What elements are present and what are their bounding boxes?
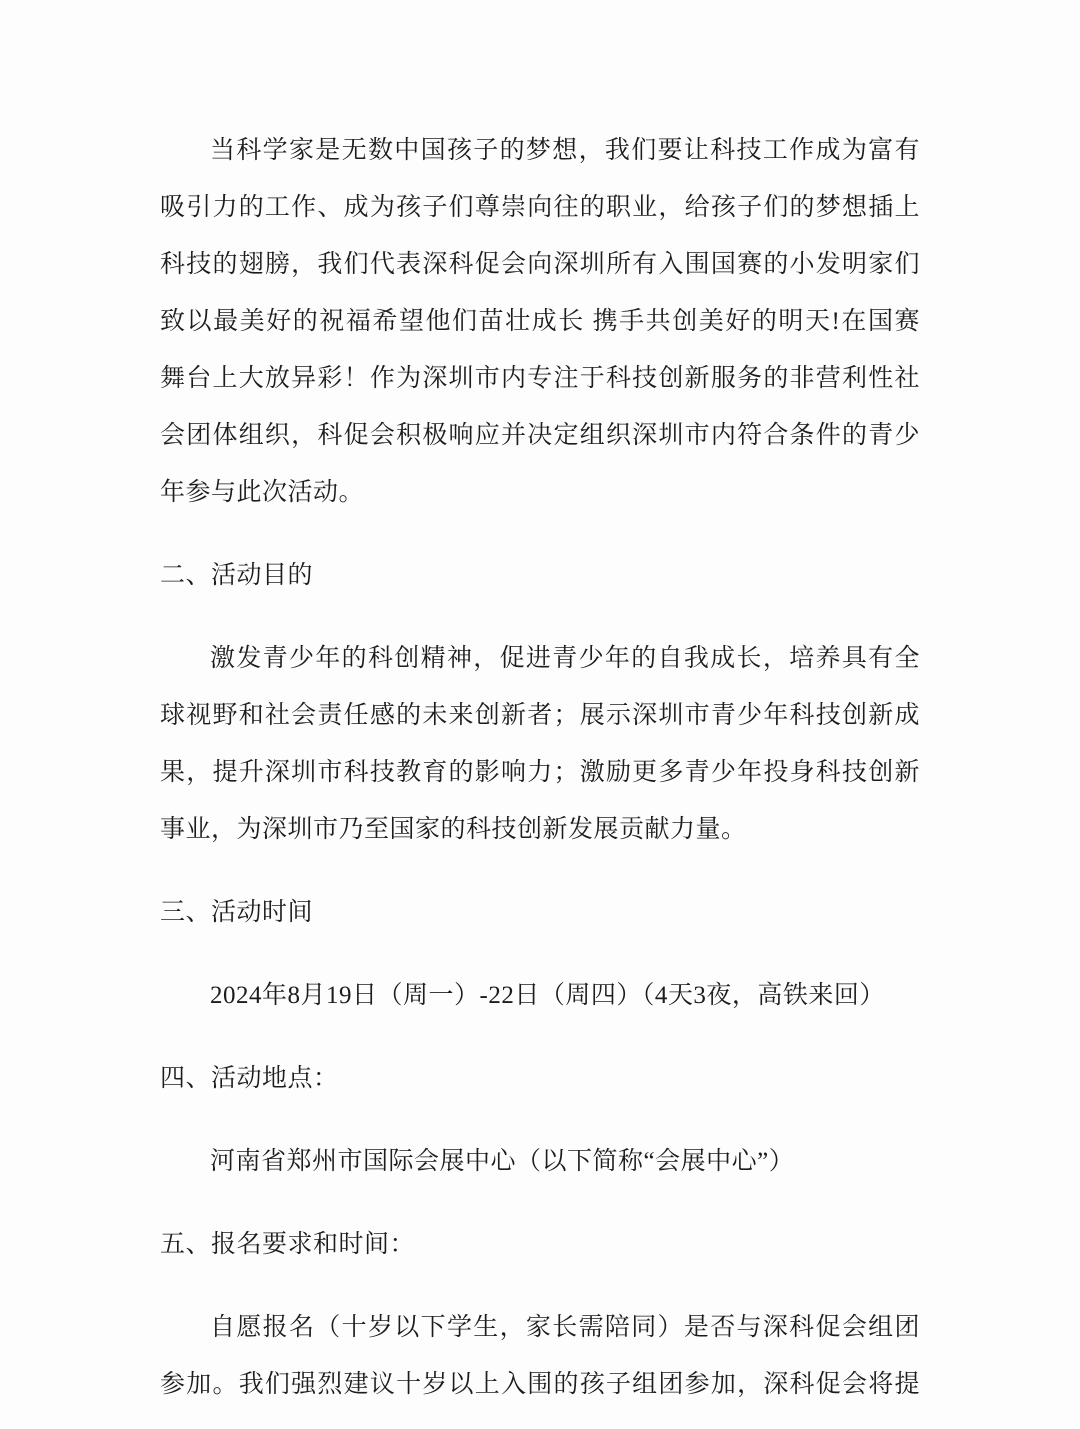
heading-text: 四、活动地点： — [160, 1050, 920, 1107]
paragraph-registration: 自愿报名（十岁以下学生，家长需陪同）是否与深科促会组团 参加。我们强烈建议十岁以… — [160, 1299, 920, 1413]
text-line: 科技的翅膀，我们代表深科促会向深圳所有入围国赛的小发明家们 — [160, 236, 920, 293]
document-page: 当科学家是无数中国孩子的梦想，我们要让科技工作成为富有 吸引力的工作、成为孩子们… — [0, 0, 1080, 1429]
text-line: 当科学家是无数中国孩子的梦想，我们要让科技工作成为富有 — [160, 122, 920, 179]
text-line: 事业，为深圳市乃至国家的科技创新发展贡献力量。 — [160, 801, 920, 858]
text-line: 舞台上大放异彩！作为深圳市内专注于科技创新服务的非营利性社 — [160, 350, 920, 407]
paragraph-intro: 当科学家是无数中国孩子的梦想，我们要让科技工作成为富有 吸引力的工作、成为孩子们… — [160, 122, 920, 521]
text-line: 河南省郑州市国际会展中心（以下简称“会展中心”） — [160, 1133, 920, 1190]
paragraph-location: 河南省郑州市国际会展中心（以下简称“会展中心”） — [160, 1133, 920, 1190]
section-heading-purpose: 二、活动目的 — [160, 547, 920, 604]
text-line: 会团体组织，科促会积极响应并决定组织深圳市内符合条件的青少 — [160, 407, 920, 464]
section-heading-location: 四、活动地点： — [160, 1050, 920, 1107]
text-line: 2024年8月19日（周一）-22日（周四）（4天3夜，高铁来回） — [160, 967, 920, 1024]
heading-text: 二、活动目的 — [160, 547, 920, 604]
text-line: 果，提升深圳市科技教育的影响力；激励更多青少年投身科技创新 — [160, 744, 920, 801]
text-line: 致以最美好的祝福希望他们苗壮成长 携手共创美好的明天!在国赛 — [160, 293, 920, 350]
text-line: 球视野和社会责任感的未来创新者；展示深圳市青少年科技创新成 — [160, 687, 920, 744]
text-line: 吸引力的工作、成为孩子们尊崇向往的职业，给孩子们的梦想插上 — [160, 179, 920, 236]
section-heading-time: 三、活动时间 — [160, 884, 920, 941]
heading-text: 三、活动时间 — [160, 884, 920, 941]
text-line: 激发青少年的科创精神，促进青少年的自我成长，培养具有全 — [160, 630, 920, 687]
text-line: 年参与此次活动。 — [160, 464, 920, 521]
paragraph-purpose: 激发青少年的科创精神，促进青少年的自我成长，培养具有全 球视野和社会责任感的未来… — [160, 630, 920, 858]
heading-text: 五、报名要求和时间： — [160, 1216, 920, 1273]
text-line: 自愿报名（十岁以下学生，家长需陪同）是否与深科促会组团 — [160, 1299, 920, 1356]
paragraph-time: 2024年8月19日（周一）-22日（周四）（4天3夜，高铁来回） — [160, 967, 920, 1024]
text-line: 参加。我们强烈建议十岁以上入围的孩子组团参加，深科促会将提 — [160, 1356, 920, 1413]
section-heading-registration: 五、报名要求和时间： — [160, 1216, 920, 1273]
